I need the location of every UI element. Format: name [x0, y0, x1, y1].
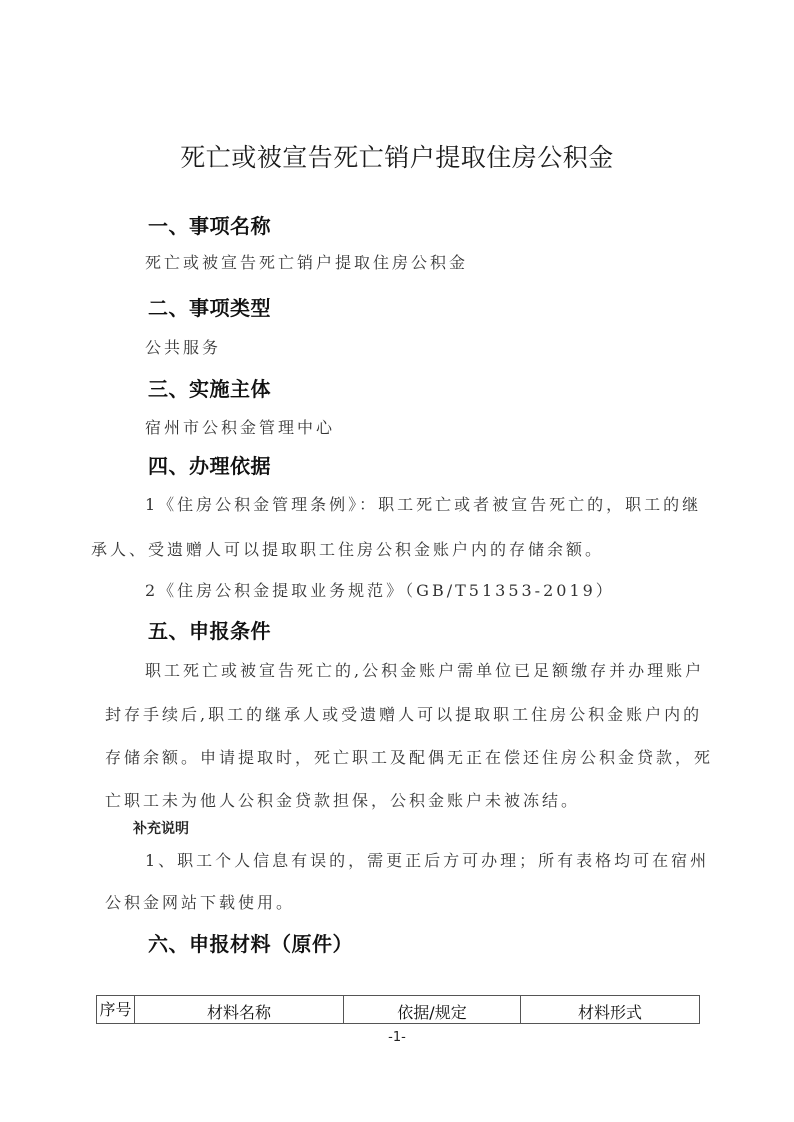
section-heading-item-type: 二、事项类型 [148, 292, 271, 321]
section-heading-materials: 六、申报材料（原件） [148, 928, 353, 957]
section-body-legal-basis-line3: 2《住房公积金提取业务规范》（GB/T51353-2019） [145, 578, 615, 601]
table-header-basis: 依据/规定 [344, 996, 521, 1023]
section-body-implementer: 宿州市公积金管理中心 [145, 415, 335, 438]
section-body-conditions-line4: 亡职工未为他人公积金贷款担保，公积金账户未被冻结。 [105, 788, 580, 811]
section-body-item-name: 死亡或被宣告死亡销户提取住房公积金 [145, 250, 468, 273]
supplement-body-line2: 公积金网站下载使用。 [105, 890, 295, 913]
section-heading-implementer: 三、实施主体 [148, 373, 271, 402]
section-body-legal-basis-line1: 1《住房公积金管理条例》：职工死亡或者被宣告死亡的，职工的继 [145, 492, 701, 515]
section-body-item-type: 公共服务 [145, 335, 221, 358]
supplement-body-line1: 1、职工个人信息有误的，需更正后方可办理；所有表格均可在宿州 [145, 848, 709, 871]
section-body-conditions-line2: 封存手续后,职工的继承人或受遗赠人可以提取职工住房公积金账户内的 [105, 702, 702, 725]
table-header-material-name: 材料名称 [135, 996, 344, 1023]
section-body-conditions-line3: 存储余额。申请提取时，死亡职工及配偶无正在偿还住房公积金贷款，死 [105, 745, 713, 768]
materials-table-header: 序号 材料名称 依据/规定 材料形式 [96, 995, 700, 1024]
section-body-legal-basis-line2: 承人、受遗赠人可以提取职工住房公积金账户内的存储余额。 [91, 537, 604, 560]
page-number: -1- [0, 1030, 794, 1045]
table-header-index: 序号 [97, 996, 135, 1023]
section-body-conditions-line1: 职工死亡或被宣告死亡的,公积金账户需单位已足额缴存并办理账户 [145, 658, 704, 681]
section-heading-legal-basis: 四、办理依据 [148, 450, 271, 479]
section-heading-conditions: 五、申报条件 [148, 615, 271, 644]
supplement-heading: 补充说明 [133, 818, 189, 838]
section-heading-item-name: 一、事项名称 [148, 210, 271, 239]
table-header-material-form: 材料形式 [521, 996, 699, 1023]
document-title: 死亡或被宣告死亡销户提取住房公积金 [0, 138, 794, 174]
